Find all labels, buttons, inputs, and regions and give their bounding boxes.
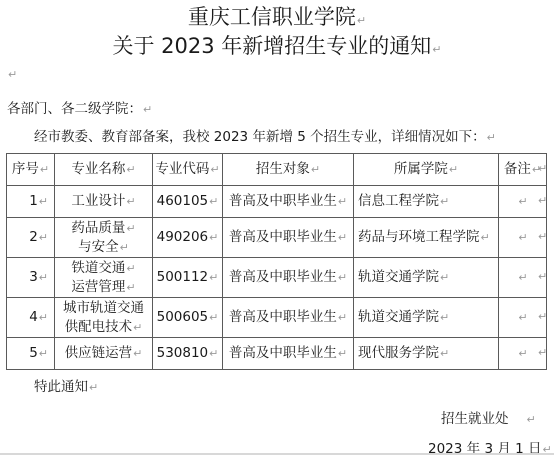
cell-target: 普高及中职毕业生↵ [223,218,354,258]
paragraph-mark-icon: ↵ [487,131,496,144]
cell-major-code: 460105↵ [153,186,223,218]
closing-line: 特此通知↵ [34,375,98,395]
cell-college: 轨道交通学院↵ [354,258,499,298]
empty-paragraph: ↵ [7,67,17,81]
cell-target: 普高及中职毕业生↵ [223,186,354,218]
title-text: 重庆工信职业学院 [188,5,356,29]
header-no: 序号↵ [7,154,55,186]
cell-major-name: 供应链运营↵ [55,338,153,370]
cell-college: 轨道交通学院↵ [354,298,499,338]
paragraph-mark-icon: ↵ [527,413,536,426]
salutation-text: 各部门、各二级学院： [7,101,142,117]
cell-major-name: 铁道交通↵运营管理↵ [55,258,153,298]
cell-major-code: 490206↵ [153,218,223,258]
row-end-mark-icon: ↵ [538,162,547,175]
paragraph-mark-icon: ↵ [89,381,98,394]
paragraph-mark-icon: ↵ [357,14,366,27]
salutation: 各部门、各二级学院：↵ [7,97,152,117]
table-header-row: 序号↵ 专业名称↵ 专业代码↵ 招生对象↵ 所属学院↵ 备注↵ [7,154,547,186]
signature: 招生就业处↵ [441,407,536,427]
row-end-mark-icon: ↵ [538,310,547,323]
header-target: 招生对象↵ [223,154,354,186]
row-end-mark-icon: ↵ [538,346,547,359]
table-row: 1↵ 工业设计↵ 460105↵ 普高及中职毕业生↵ 信息工程学院↵ ↵ [7,186,547,218]
closing-text: 特此通知 [34,379,88,395]
row-end-mark-icon: ↵ [538,230,547,243]
paragraph-mark-icon: ↵ [8,68,17,81]
table-row: 3↵ 铁道交通↵运营管理↵ 500112↵ 普高及中职毕业生↵ 轨道交通学院↵ … [7,258,547,298]
cell-no: 3↵ [7,258,55,298]
cell-no: 5↵ [7,338,55,370]
cell-no: 4↵ [7,298,55,338]
paragraph-mark-icon: ↵ [143,103,152,116]
document-title-line2: 关于 2023 年新增招生专业的通知↵ [0,32,554,64]
cell-college: 现代服务学院↵ [354,338,499,370]
subtitle-text: 关于 2023 年新增招生专业的通知 [112,34,431,58]
cell-target: 普高及中职毕业生↵ [223,298,354,338]
row-end-mark-icon: ↵ [538,270,547,283]
cell-major-name: 药品质量↵与安全↵ [55,218,153,258]
signature-text: 招生就业处 [441,411,509,427]
cell-no: 2↵ [7,218,55,258]
row-end-mark-icon: ↵ [538,194,547,207]
table-row: 4↵ 城市轨道交通供配电技术↵ 500605↵ 普高及中职毕业生↵ 轨道交通学院… [7,298,547,338]
cell-major-name: 工业设计↵ [55,186,153,218]
cell-major-code: 500112↵ [153,258,223,298]
cell-major-name: 城市轨道交通供配电技术↵ [55,298,153,338]
cell-college: 药品与环境工程学院↵ [354,218,499,258]
cell-college: 信息工程学院↵ [354,186,499,218]
document-title-line1: 重庆工信职业学院↵ [0,3,554,35]
table-row: 2↵ 药品质量↵与安全↵ 490206↵ 普高及中职毕业生↵ 药品与环境工程学院… [7,218,547,258]
intro-paragraph: 经市教委、教育部备案，我校 2023 年新增 5 个招生专业，详细情况如下：↵ [34,125,496,145]
cell-target: 普高及中职毕业生↵ [223,338,354,370]
header-major-name: 专业名称↵ [55,154,153,186]
header-college: 所属学院↵ [354,154,499,186]
cell-no: 1↵ [7,186,55,218]
paragraph-mark-icon: ↵ [432,43,441,56]
cell-major-code: 530810↵ [153,338,223,370]
cell-major-code: 500605↵ [153,298,223,338]
majors-table: 序号↵ 专业名称↵ 专业代码↵ 招生对象↵ 所属学院↵ 备注↵ 1↵ 工业设计↵… [6,153,547,370]
header-major-code: 专业代码↵ [153,154,223,186]
intro-text: 经市教委、教育部备案，我校 2023 年新增 5 个招生专业，详细情况如下： [34,129,486,145]
cell-target: 普高及中职毕业生↵ [223,258,354,298]
table-row: 5↵ 供应链运营↵ 530810↵ 普高及中职毕业生↵ 现代服务学院↵ ↵ [7,338,547,370]
